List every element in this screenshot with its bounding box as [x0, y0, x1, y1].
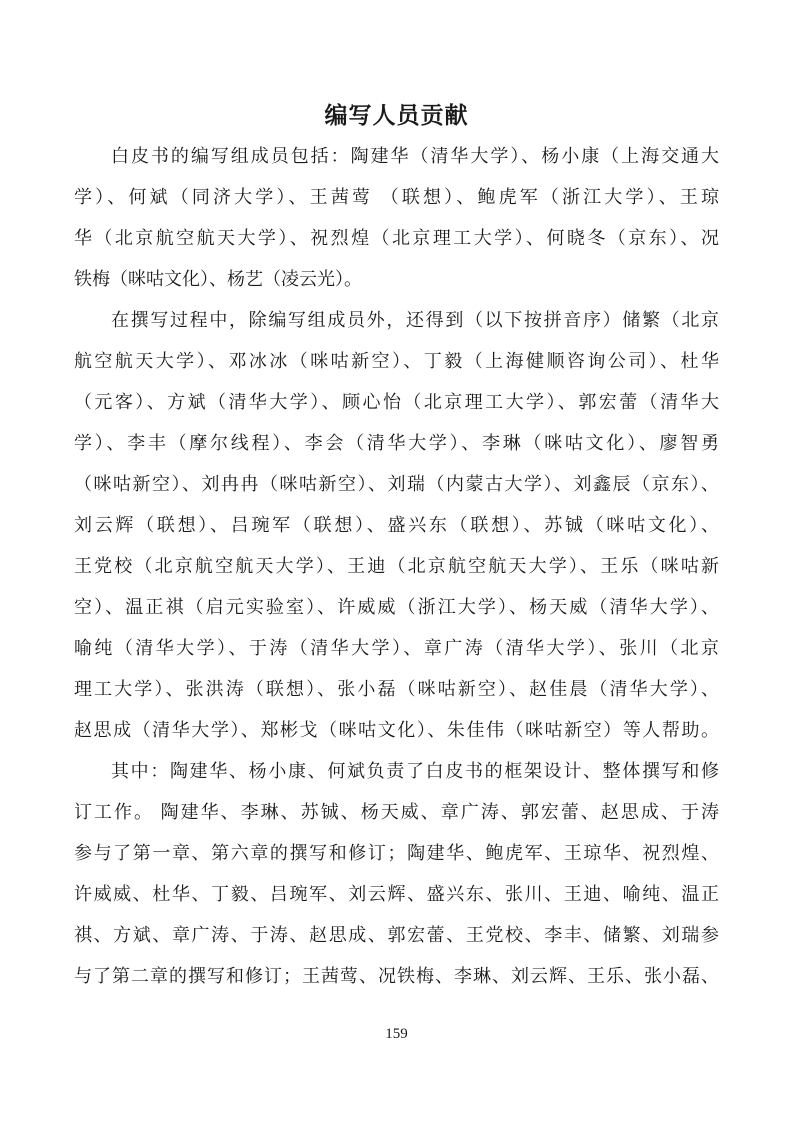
text-line: 白皮书的编写组成员包括：陶建华（清华大学）、杨小康（上海交通大 [74, 136, 719, 177]
text-line: 赵思成（清华大学）、郑彬戈（咪咕文化）、朱佳伟（咪咕新空）等人帮助。 [74, 710, 719, 751]
text-line: 参与了第一章、第六章的撰写和修订；陶建华、鲍虎军、王琼华、祝烈煌、 [74, 833, 719, 874]
text-line: （咪咕新空）、刘冉冉（咪咕新空）、刘瑞（内蒙古大学）、刘鑫辰（京东）、 [74, 464, 719, 505]
text-line: 理工大学）、张洪涛（联想）、张小磊（咪咕新空）、赵佳晨（清华大学）、 [74, 669, 719, 710]
text-line: 刘云辉（联想）、吕琬军（联想）、盛兴东（联想）、苏铖（咪咕文化）、 [74, 505, 719, 546]
text-line: 祺、方斌、章广涛、于涛、赵思成、郭宏蕾、王党校、李丰、储繁、刘瑞参 [74, 915, 719, 956]
text-line: （元客）、方斌（清华大学）、顾心怡（北京理工大学）、郭宏蕾（清华大 [74, 382, 719, 423]
text-line: 航空航天大学）、邓冰冰（咪咕新空）、丁毅（上海健顺咨询公司）、杜华 [74, 341, 719, 382]
paragraph-acknowledgements: 在撰写过程中，除编写组成员外，还得到（以下按拼音序）储繁（北京 航空航天大学）、… [74, 300, 719, 751]
text-line: 订工作。 陶建华、李琳、苏铖、杨天威、章广涛、郭宏蕾、赵思成、于涛 [74, 792, 719, 833]
text-line: 学）、何斌（同济大学）、王茜莺 （联想）、鲍虎军（浙江大学）、王琼 [74, 177, 719, 218]
text-line: 空）、温正祺（启元实验室）、许威威（浙江大学）、杨天威（清华大学）、 [74, 587, 719, 628]
text-line: 许威威、杜华、丁毅、吕琬军、刘云辉、盛兴东、张川、王迪、喻纯、温正 [74, 874, 719, 915]
text-line: 与了第二章的撰写和修订；王茜莺、况铁梅、李琳、刘云辉、王乐、张小磊、 [74, 956, 719, 997]
text-line: 在撰写过程中，除编写组成员外，还得到（以下按拼音序）储繁（北京 [74, 300, 719, 341]
document-body: 白皮书的编写组成员包括：陶建华（清华大学）、杨小康（上海交通大 学）、何斌（同济… [74, 136, 719, 997]
text-line: 铁梅（咪咕文化）、杨艺（凌云光）。 [74, 259, 719, 300]
page-title: 编写人员贡献 [0, 97, 793, 130]
paragraph-chapter-contributions: 其中：陶建华、杨小康、何斌负责了白皮书的框架设计、整体撰写和修 订工作。 陶建华… [74, 751, 719, 997]
paragraph-members: 白皮书的编写组成员包括：陶建华（清华大学）、杨小康（上海交通大 学）、何斌（同济… [74, 136, 719, 300]
document-page: 编写人员贡献 白皮书的编写组成员包括：陶建华（清华大学）、杨小康（上海交通大 学… [0, 0, 793, 1122]
page-number: 159 [0, 1026, 793, 1043]
text-line: 学）、李丰（摩尔线程）、李会（清华大学）、李琳（咪咕文化）、廖智勇 [74, 423, 719, 464]
text-line: 华（北京航空航天大学）、祝烈煌（北京理工大学）、何晓冬（京东）、况 [74, 218, 719, 259]
text-line: 王党校（北京航空航天大学）、王迪（北京航空航天大学）、王乐（咪咕新 [74, 546, 719, 587]
text-line: 喻纯（清华大学）、于涛（清华大学）、章广涛（清华大学）、张川（北京 [74, 628, 719, 669]
text-line: 其中：陶建华、杨小康、何斌负责了白皮书的框架设计、整体撰写和修 [74, 751, 719, 792]
